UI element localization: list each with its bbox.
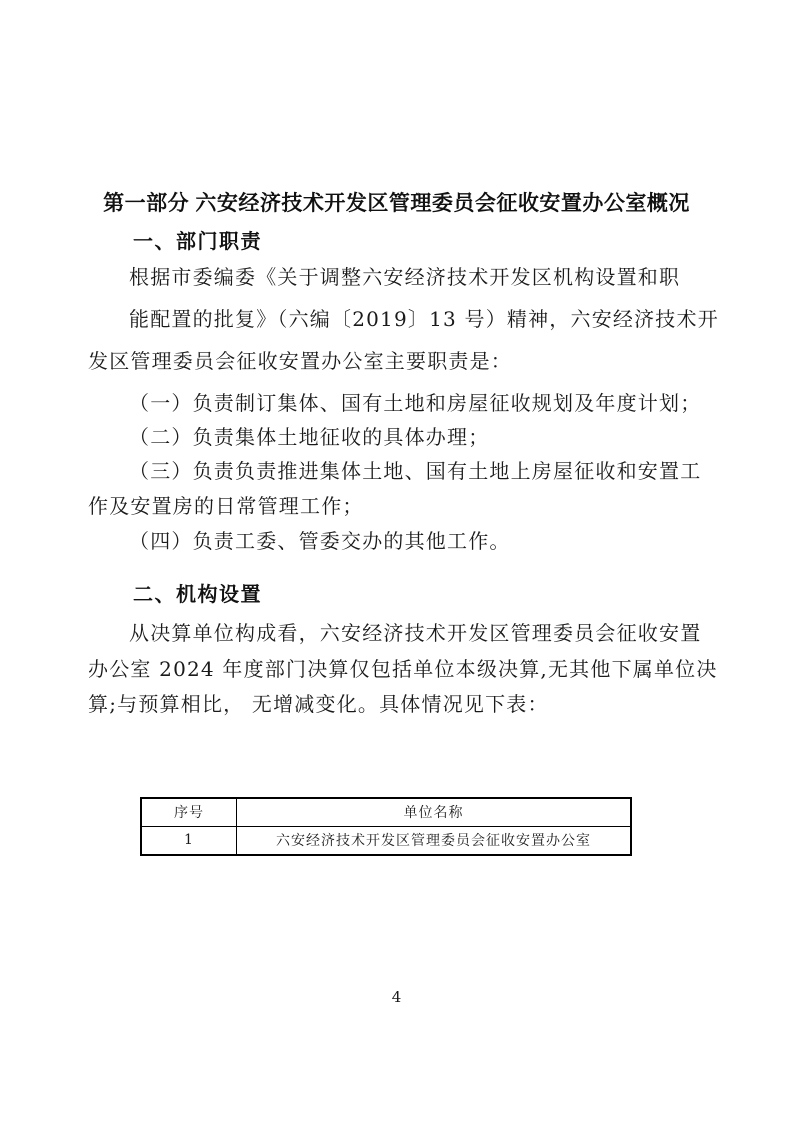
unit-table: 序号 单位名称 1 六安经济技术开发区管理委员会征收安置办公室 (140, 797, 632, 856)
table-header-seq: 序号 (141, 798, 237, 826)
paragraph-line: 发区管理委员会征收安置办公室主要职责是： (88, 350, 728, 373)
document-title: 第一部分 六安经济技术开发区管理委员会征收安置办公室概况 (0, 191, 793, 216)
paragraph-line: 办公室 2024 年度部门决算仅包括单位本级决算,无其他下属单位决 (88, 658, 728, 681)
paragraph-line: （一）负责制订集体、国有土地和房屋征收规划及年度计划； (88, 392, 769, 415)
table-cell-seq: 1 (141, 826, 237, 855)
table-row: 1 六安经济技术开发区管理委员会征收安置办公室 (141, 826, 631, 855)
table-header-row: 序号 单位名称 (141, 798, 631, 826)
page-number: 4 (0, 988, 793, 1006)
paragraph-line: 能配置的批复》（六编〔2019〕13 号）精神，六安经济技术开 (88, 308, 769, 331)
paragraph-line: 算;与预算相比， 无增减变化。具体情况见下表： (88, 693, 728, 716)
paragraph-line: （四）负责工委、管委交办的其他工作。 (88, 530, 769, 553)
paragraph-line: 从决算单位构成看，六安经济技术开发区管理委员会征收安置 (88, 622, 769, 645)
paragraph-line: （二）负责集体土地征收的具体办理； (88, 426, 769, 449)
table-cell-unit-name: 六安经济技术开发区管理委员会征收安置办公室 (237, 826, 632, 855)
section-heading-organization: 二、机构设置 (133, 584, 262, 607)
table-header-unit-name: 单位名称 (237, 798, 632, 826)
paragraph-line: 根据市委编委《关于调整六安经济技术开发区机构设置和职 (88, 266, 769, 289)
section-heading-duties: 一、部门职责 (133, 231, 262, 254)
paragraph-line: （三）负责负责推进集体土地、国有土地上房屋征收和安置工 (88, 460, 769, 483)
paragraph-line: 作及安置房的日常管理工作； (88, 495, 728, 518)
document-page: 第一部分 六安经济技术开发区管理委员会征收安置办公室概况 一、部门职责 根据市委… (0, 0, 793, 1122)
